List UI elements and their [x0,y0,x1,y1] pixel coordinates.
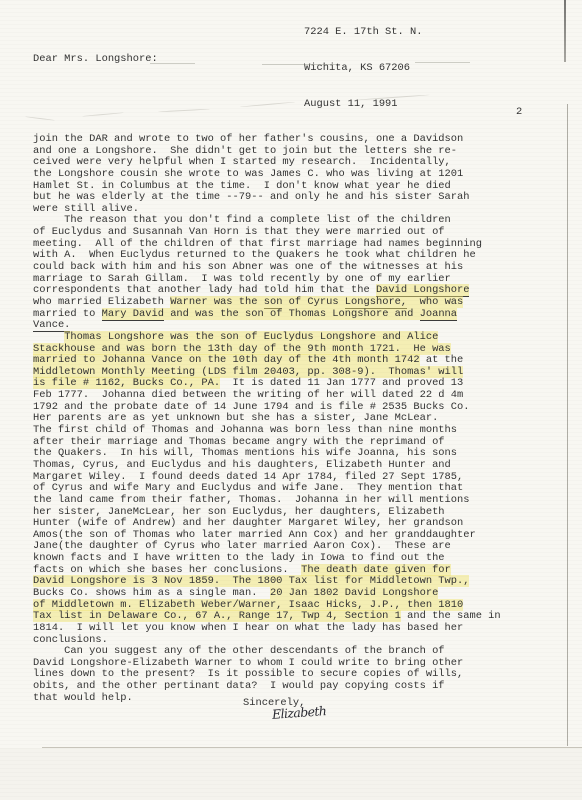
body-text-segment: married to [33,308,102,320]
body-text-segment: obits, and the other pertinant data? I w… [33,680,445,692]
body-text-segment: Joanna [420,308,457,321]
letterhead-date-line: August 11, 1991 [304,98,422,110]
body-text-segment: meeting. All of the children of that fir… [33,238,482,250]
scan-artifact-dash [415,62,470,63]
body-text-segment: were still alive. [33,203,139,215]
body-text-segment: married to Johanna Vance on the 10th day… [33,354,420,366]
body-text-segment: facts on which she bases her conclusions… [33,564,301,576]
scan-artifact-paper-edge [42,747,582,748]
body-text-segment: who married Elizabeth [33,296,170,308]
scan-artifact-vertical-line [567,104,568,746]
body-text-segment: David Longshore-Elizabeth Warner to whom… [33,657,463,669]
body-text-segment: and the same in [401,610,501,622]
body-text-segment: Hunter (wife of Andrew) and her daughter… [33,517,463,529]
body-text-segment: marriage to Sarah Gillam. I was told rec… [33,273,451,285]
body-text-segment: could back with him and his son Abner wa… [33,261,463,273]
body-text-segment: that would help. [33,692,133,704]
letterhead-address-line: 7224 E. 17th St. N. [304,26,422,38]
body-text-segment: David Longshore is 3 Nov 1859. The 1800 … [33,575,469,587]
body-text-segment: ceived were very helpful when I started … [33,156,451,168]
body-text-segment: It is dated 11 Jan 1777 and proved 13 [220,377,463,389]
body-line: Thomas Longshore was the son of Euclydus… [33,332,501,344]
body-text-segment: Stackhouse and was born the 13th day of … [33,343,451,355]
body-text-segment: of Middletown m. Elizabeth Weber/Warner,… [33,599,463,611]
body-text-segment: of Cyrus and wife Mary and Euclydus and … [33,482,463,494]
scanned-letter-page: 7224 E. 17th St. N. Wichita, KS 67206 Au… [0,0,582,800]
body-text-segment: Jane(the daughter of Cyrus who later mar… [33,540,451,552]
body-text-segment: 1814. I will let you know when I hear on… [33,622,463,634]
scan-artifact-below-edge [0,748,582,800]
body-text-segment: the land came from their father, Thomas.… [33,494,469,506]
body-text-segment: The reason that you don't find a complet… [33,214,451,226]
body-text-segment: the Quakers. In his will, Thomas mention… [33,447,457,459]
body-text-segment: 20 Jan 1802 David Longshore [270,587,438,599]
body-line: who married Elizabeth Warner was the son… [33,297,501,309]
body-text-segment: who was [407,296,463,308]
body-text-segment: Thomas Longshore was the son of Euclydus… [64,331,438,343]
letterhead-city-line: Wichita, KS 67206 [304,62,422,74]
scan-artifact-squiggle [158,109,210,113]
body-text-segment: The death date given for [301,564,451,576]
body-text-segment: Thomas, Cyrus, and Euclydus and his daug… [33,459,451,471]
body-text-segment: Margaret Wiley. I found deeds dated 14 A… [33,471,463,483]
body-text-segment: at the [420,354,464,366]
body-text-segment: after their marriage and Thomas became a… [33,436,445,448]
body-text-segment [33,331,64,343]
body-text-segment: Warner was the [170,296,264,308]
body-text-segment: Tax list in Delaware Co., 67 A., Range 1… [33,610,401,622]
body-text-segment: lines down to the present? Is it possibl… [33,668,463,680]
body-text-segment: Middletown Monthly Meeting (LDS film 204… [33,366,463,378]
body-text-segment: Bucks Co. shows him as a single man. [33,587,270,599]
body-line: Bucks Co. shows him as a single man. 20 … [33,588,501,600]
body-text-segment: and one a Longshore. She didn't get to j… [33,145,457,157]
body-text-segment: The first child of Thomas and Johanna wa… [33,424,457,436]
salutation: Dear Mrs. Longshore: [33,53,158,65]
body-text-segment: of Cyrus [282,296,344,308]
scan-artifact-squiggle [82,112,124,117]
scan-artifact-vertical-line-top [564,0,566,62]
handwritten-signature: Elizabeth [272,703,327,722]
body-text-segment: and was the son of Thomas Longshore and [164,308,420,320]
body-text-segment: Amos(the son of Thomas who later married… [33,529,476,541]
body-text-segment: known facts and I have written to the la… [33,552,445,564]
body-line: married to Mary David and was the son of… [33,309,501,321]
scan-artifact-squiggle [240,102,295,108]
body-text-segment: correspondents that another lady had tol… [33,284,376,296]
body-text-segment: but he was elderly at the time --79-- an… [33,191,469,203]
body-text-segment: her sister, JaneMcLear, her son Euclydus… [33,506,445,518]
scan-artifact-squiggle [25,116,55,121]
body-text-segment: with A. When Euclydus returned to the Qu… [33,249,476,261]
page-number: 2 [516,106,522,118]
body-text-segment: Hamlet St. in Columbus at the time. I do… [33,180,451,192]
body-text-segment: Her parents are as yet unknown but she h… [33,412,438,424]
body-text-segment: Can you suggest any of the other descend… [33,645,445,657]
body-text-segment: join the DAR and wrote to two of her fat… [33,133,463,145]
body-text-segment: 1792 and the probate date of 14 June 179… [33,401,469,413]
body-text-segment: of Euclydus and Susannah Van Horn is tha… [33,226,445,238]
body-text-segment: conclusions. [33,634,108,646]
letter-body: join the DAR and wrote to two of her fat… [33,134,501,704]
body-text-segment: is file # 1162, Bucks Co., PA. [33,377,220,389]
body-text-segment: Mary David [102,308,164,321]
letterhead: 7224 E. 17th St. N. Wichita, KS 67206 Au… [304,2,422,134]
body-text-segment: the Longshore cousin she wrote to was Ja… [33,168,463,180]
body-text-segment: Feb 1777. Johanna died between the writi… [33,389,463,401]
